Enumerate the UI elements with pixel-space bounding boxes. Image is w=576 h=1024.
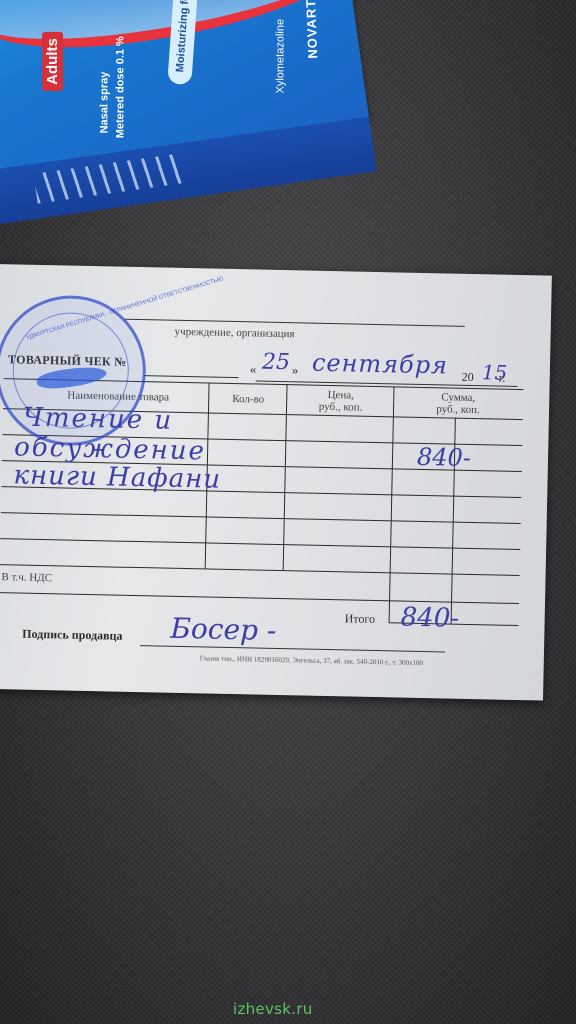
seller-signature: Босер - <box>170 612 277 647</box>
vat-label: В т.ч. НДС <box>1 571 52 584</box>
sales-receipt: учреждение, организация ТОВАРНЫЙ ЧЕК № «… <box>0 264 552 701</box>
table-row-line <box>0 538 520 550</box>
brand-logo: NOVARTIS <box>303 0 321 59</box>
box-ingredient: Xylometazoline <box>275 19 287 94</box>
total-label: Итого <box>344 611 375 627</box>
printer-info: Глазов тип., ИНН 1829016029, Энгельса, 3… <box>200 654 423 667</box>
date-year-label: г. <box>499 371 506 386</box>
nasal-spray-box: Adults Nasal spray Metered dose 0.1 % Mo… <box>0 0 388 237</box>
date-month: сентября <box>312 349 449 380</box>
date-day: 25 <box>262 350 291 376</box>
moisturizing-formula-label: Moisturizing formula <box>167 0 200 85</box>
receipt-number-line <box>144 375 239 378</box>
item-sum: 840- <box>417 443 471 472</box>
column-header-price: Цена, руб., коп. <box>293 388 388 414</box>
table-row-line <box>0 564 520 576</box>
seller-signature-label: Подпись продавца <box>22 627 123 644</box>
column-header-sum: Сумма, руб., коп. <box>398 390 518 417</box>
box-side-stripes <box>34 153 187 204</box>
item-name-line-3: книги Нафани <box>13 460 221 494</box>
column-divider <box>389 386 395 622</box>
column-header-quantity: Кол-во <box>213 393 283 406</box>
date-open-quote: « <box>250 361 257 377</box>
adults-badge: Adults <box>42 32 63 91</box>
column-divider <box>283 384 288 570</box>
table-row-line <box>1 512 521 524</box>
seller-signature-line <box>140 645 445 652</box>
organization-caption: учреждение, организация <box>174 326 294 341</box>
total-value: 840- <box>400 603 459 634</box>
date-year-prefix: 20 <box>462 370 474 385</box>
box-line-1: Nasal spray <box>99 72 111 134</box>
site-watermark: izhevsk.ru <box>233 1000 313 1018</box>
date-close-quote: » <box>292 362 299 378</box>
box-line-2: Metered dose 0.1 % <box>114 36 126 138</box>
item-name-line-1: Чтение и <box>22 403 173 436</box>
vat-row-line <box>0 592 519 604</box>
